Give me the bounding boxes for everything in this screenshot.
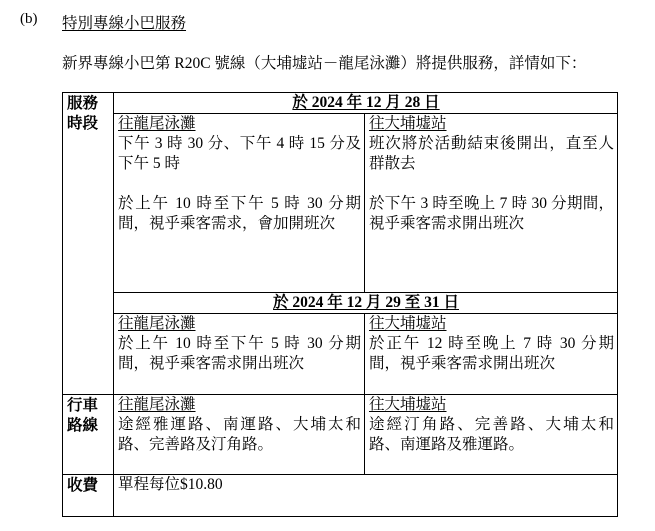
service-details-table: 服務 時段 於 2024 年 12 月 28 日 往龍尾泳灘 下午 3 時 30…: [62, 92, 618, 517]
schedule-text: 於上午 10 時至下午 5 時 30 分期間，視乎乘客需求開出班次: [118, 334, 361, 374]
routing-to-tai-po-market-cell: 往大埔墟站 途經汀角路、完善路、大埔太和路、南運路及雅運路。: [365, 395, 618, 475]
period1-heading: 於 2024 年 12 月 28 日: [114, 93, 618, 114]
section-title: 特別專線小巴服務: [62, 11, 186, 33]
schedule-text: 於下午 3 時至晚上 7 時 30 分期間，視乎乘客需求開出班次: [369, 194, 614, 234]
table-row-routing: 行車 路線 往龍尾泳灘 途經雅運路、南運路、大埔太和路、完善路及汀角路。 往大埔…: [63, 395, 618, 475]
service-hours-label-cell: 服務 時段: [63, 93, 114, 395]
service-hours-label-line1: 服務: [67, 94, 98, 112]
direction-label: 往龍尾泳灘: [118, 314, 361, 334]
schedule-text: 於正午 12 時至晚上 7 時 30 分期間，視乎乘客需求開出班次: [369, 334, 614, 374]
route-text: 途經汀角路、完善路、大埔太和路、南運路及雅運路。: [369, 415, 614, 455]
route-text: 途經雅運路、南運路、大埔太和路、完善路及汀角路。: [118, 415, 361, 455]
table-row-period2-heading: 於 2024 年 12 月 29 至 31 日: [63, 293, 618, 314]
service-hours-label-line2: 時段: [67, 114, 98, 132]
routing-label-line2: 路線: [67, 416, 98, 434]
intro-paragraph: 新界專線小巴第 R20C 號線（大埔墟站－龍尾泳灘）將提供服務，詳情如下：: [62, 51, 586, 73]
fare-value-cell: 單程每位$10.80: [114, 475, 618, 517]
schedule-text: 下午 3 時 30 分、下午 4 時 15 分及下午 5 時: [118, 134, 361, 174]
table-row-period1-heading: 服務 時段 於 2024 年 12 月 28 日: [63, 93, 618, 114]
direction-label: 往龍尾泳灘: [118, 395, 361, 415]
period1-to-lung-mei-cell: 往龍尾泳灘 下午 3 時 30 分、下午 4 時 15 分及下午 5 時 於上午…: [114, 114, 365, 293]
schedule-text: 班次將於活動結束後開出，直至人群散去: [369, 134, 614, 174]
direction-label: 往大埔墟站: [369, 395, 614, 415]
direction-label: 往大埔墟站: [369, 114, 614, 134]
period2-to-tai-po-market-cell: 往大埔墟站 於正午 12 時至晚上 7 時 30 分期間，視乎乘客需求開出班次: [365, 314, 618, 395]
table-row-fare: 收費 單程每位$10.80: [63, 475, 618, 517]
period2-heading: 於 2024 年 12 月 29 至 31 日: [114, 293, 618, 314]
routing-to-lung-mei-cell: 往龍尾泳灘 途經雅運路、南運路、大埔太和路、完善路及汀角路。: [114, 395, 365, 475]
routing-label-cell: 行車 路線: [63, 395, 114, 475]
period2-to-lung-mei-cell: 往龍尾泳灘 於上午 10 時至下午 5 時 30 分期間，視乎乘客需求開出班次: [114, 314, 365, 395]
direction-label: 往龍尾泳灘: [118, 114, 361, 134]
period1-to-tai-po-market-cell: 往大埔墟站 班次將於活動結束後開出，直至人群散去 於下午 3 時至晚上 7 時 …: [365, 114, 618, 293]
section-label: (b): [20, 11, 38, 28]
table-row-period2: 往龍尾泳灘 於上午 10 時至下午 5 時 30 分期間，視乎乘客需求開出班次 …: [63, 314, 618, 395]
schedule-text: 於上午 10 時至下午 5 時 30 分期間，視乎乘客需求，會加開班次: [118, 194, 361, 234]
direction-label: 往大埔墟站: [369, 314, 614, 334]
table-row-period1: 往龍尾泳灘 下午 3 時 30 分、下午 4 時 15 分及下午 5 時 於上午…: [63, 114, 618, 293]
fare-label-cell: 收費: [63, 475, 114, 517]
routing-label-line1: 行車: [67, 396, 98, 414]
